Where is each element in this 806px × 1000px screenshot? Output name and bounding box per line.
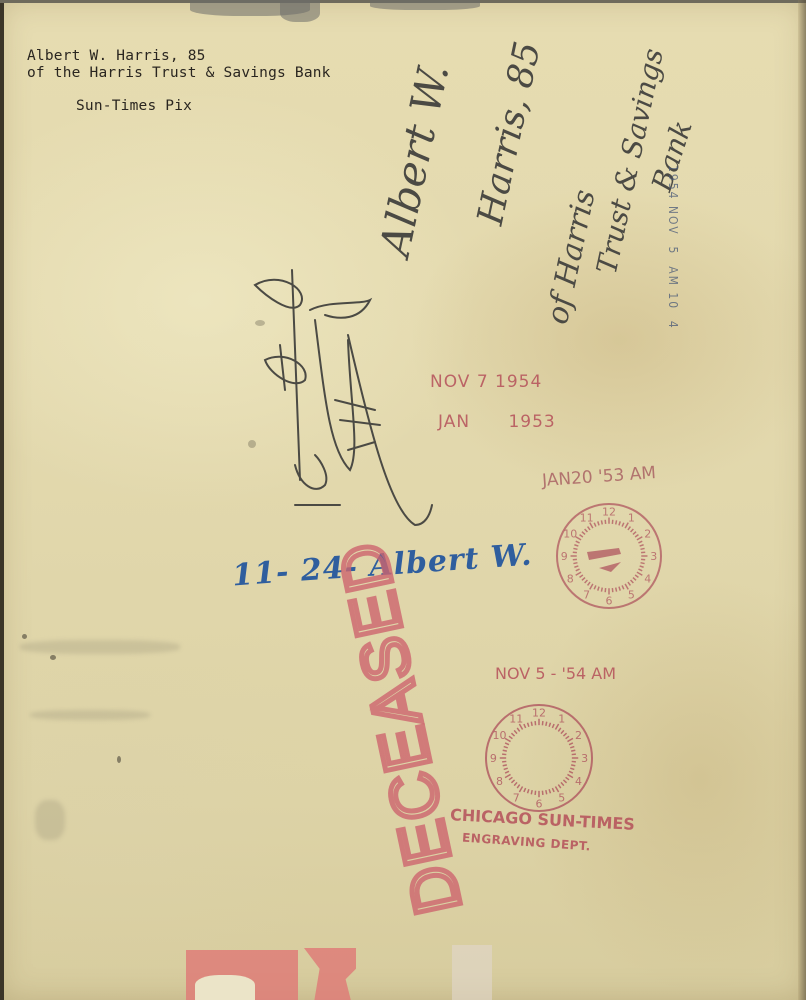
svg-text:6: 6	[606, 595, 613, 608]
svg-text:9: 9	[490, 752, 497, 765]
top-stain	[370, 0, 480, 10]
svg-text:6: 6	[536, 798, 543, 811]
bottom-patch-gap	[195, 975, 255, 1000]
svg-text:1: 1	[628, 511, 635, 524]
caption-line-2: of the Harris Trust & Savings Bank	[27, 65, 331, 82]
bottom-pale-patch	[452, 945, 492, 1000]
svg-text:10: 10	[563, 528, 577, 541]
clock-stamp-lower: 121234567891011	[484, 703, 594, 813]
clock-stamp-upper: 121234567891011	[555, 502, 663, 610]
svg-text:1: 1	[558, 713, 565, 726]
date-stamp-nov-1954: NOV 7 1954	[430, 372, 542, 392]
svg-text:3: 3	[581, 752, 588, 765]
svg-text:8: 8	[567, 572, 574, 585]
top-stain	[280, 0, 320, 22]
svg-text:5: 5	[628, 589, 635, 602]
date-stamp-nov5-54: NOV 5 - '54 AM	[495, 664, 616, 683]
svg-text:2: 2	[575, 729, 582, 742]
svg-text:5: 5	[558, 791, 565, 804]
svg-text:2: 2	[644, 528, 651, 541]
svg-text:12: 12	[602, 505, 616, 518]
svg-text:11: 11	[509, 713, 523, 726]
smudge	[35, 800, 65, 840]
left-edge-shadow	[0, 0, 4, 1000]
smudge	[20, 640, 180, 654]
svg-text:4: 4	[575, 775, 582, 788]
svg-text:3: 3	[650, 550, 657, 563]
svg-text:8: 8	[496, 775, 503, 788]
caption-line-1: Albert W. Harris, 85	[27, 48, 206, 65]
svg-text:10: 10	[493, 729, 507, 742]
caption-credit: Sun-Times Pix	[76, 98, 192, 115]
speck	[50, 655, 56, 660]
speck	[117, 756, 121, 763]
right-edge-shadow	[798, 0, 806, 1000]
speck	[22, 634, 27, 639]
svg-text:7: 7	[513, 791, 520, 804]
svg-text:7: 7	[583, 589, 590, 602]
svg-text:12: 12	[532, 706, 546, 719]
svg-text:4: 4	[644, 572, 651, 585]
pencil-signature-mark	[240, 250, 440, 540]
smudge	[30, 710, 150, 720]
svg-text:9: 9	[561, 550, 568, 563]
vertical-date-stamp: 1954 NOV 5 AM 10 4	[666, 165, 680, 330]
svg-text:11: 11	[580, 511, 594, 524]
date-stamp-jan-1953: JAN 1953	[438, 412, 556, 432]
